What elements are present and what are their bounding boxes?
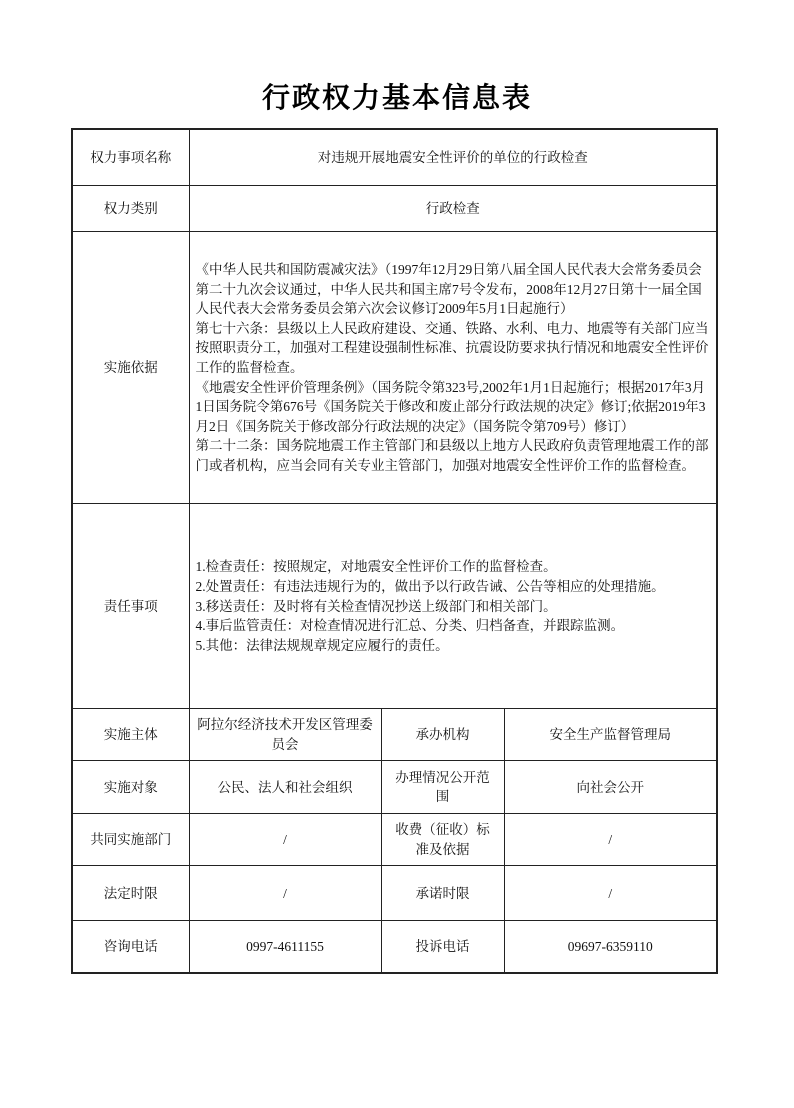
table-row: 法定时限 / 承诺时限 /	[72, 866, 717, 921]
table-row: 实施对象 公民、法人和社会组织 办理情况公开范围 向社会公开	[72, 761, 717, 814]
field-label-statutory-time-limit: 法定时限	[72, 866, 189, 921]
field-value-implementation-target: 公民、法人和社会组织	[189, 761, 381, 814]
field-label-consultation-phone: 咨询电话	[72, 921, 189, 973]
info-table: 权力事项名称 对违规开展地震安全性评价的单位的行政检查 权力类别 行政检查 实施…	[71, 128, 718, 974]
field-value-power-item-name: 对违规开展地震安全性评价的单位的行政检查	[189, 129, 717, 186]
field-label-fee-standard: 收费（征收）标准及依据	[381, 814, 504, 866]
field-label-complaint-phone: 投诉电话	[381, 921, 504, 973]
field-label-implementation-basis: 实施依据	[72, 232, 189, 504]
field-label-promised-time-limit: 承诺时限	[381, 866, 504, 921]
field-label-power-category: 权力类别	[72, 186, 189, 232]
table-row: 责任事项 1.检查责任：按照规定，对地震安全性评价工作的监督检查。 2.处置责任…	[72, 504, 717, 709]
field-value-consultation-phone: 0997-4611155	[189, 921, 381, 973]
field-label-disclosure-scope: 办理情况公开范围	[381, 761, 504, 814]
field-value-statutory-time-limit: /	[189, 866, 381, 921]
field-value-implementation-basis: 《中华人民共和国防震减灾法》（1997年12月29日第八届全国人民代表大会常务委…	[189, 232, 717, 504]
field-value-responsibility-items: 1.检查责任：按照规定，对地震安全性评价工作的监督检查。 2.处置责任：有违法违…	[189, 504, 717, 709]
field-label-joint-departments: 共同实施部门	[72, 814, 189, 866]
table-row: 共同实施部门 / 收费（征收）标准及依据 /	[72, 814, 717, 866]
field-label-undertaking-agency: 承办机构	[381, 709, 504, 761]
field-value-undertaking-agency: 安全生产监督管理局	[504, 709, 717, 761]
document-page: 行政权力基本信息表 权力事项名称 对违规开展地震安全性评价的单位的行政检查 权力…	[0, 0, 794, 1108]
table-row: 咨询电话 0997-4611155 投诉电话 09697-6359110	[72, 921, 717, 973]
table-row: 权力事项名称 对违规开展地震安全性评价的单位的行政检查	[72, 129, 717, 186]
field-label-power-item-name: 权力事项名称	[72, 129, 189, 186]
field-label-implementation-target: 实施对象	[72, 761, 189, 814]
field-value-joint-departments: /	[189, 814, 381, 866]
table-row: 权力类别 行政检查	[72, 186, 717, 232]
field-label-implementing-body: 实施主体	[72, 709, 189, 761]
table-row: 实施主体 阿拉尔经济技术开发区管理委员会 承办机构 安全生产监督管理局	[72, 709, 717, 761]
field-value-disclosure-scope: 向社会公开	[504, 761, 717, 814]
page-title: 行政权力基本信息表	[0, 84, 794, 115]
field-value-power-category: 行政检查	[189, 186, 717, 232]
field-value-promised-time-limit: /	[504, 866, 717, 921]
field-label-responsibility-items: 责任事项	[72, 504, 189, 709]
field-value-implementing-body: 阿拉尔经济技术开发区管理委员会	[189, 709, 381, 761]
table-row: 实施依据 《中华人民共和国防震减灾法》（1997年12月29日第八届全国人民代表…	[72, 232, 717, 504]
field-value-fee-standard: /	[504, 814, 717, 866]
field-value-complaint-phone: 09697-6359110	[504, 921, 717, 973]
